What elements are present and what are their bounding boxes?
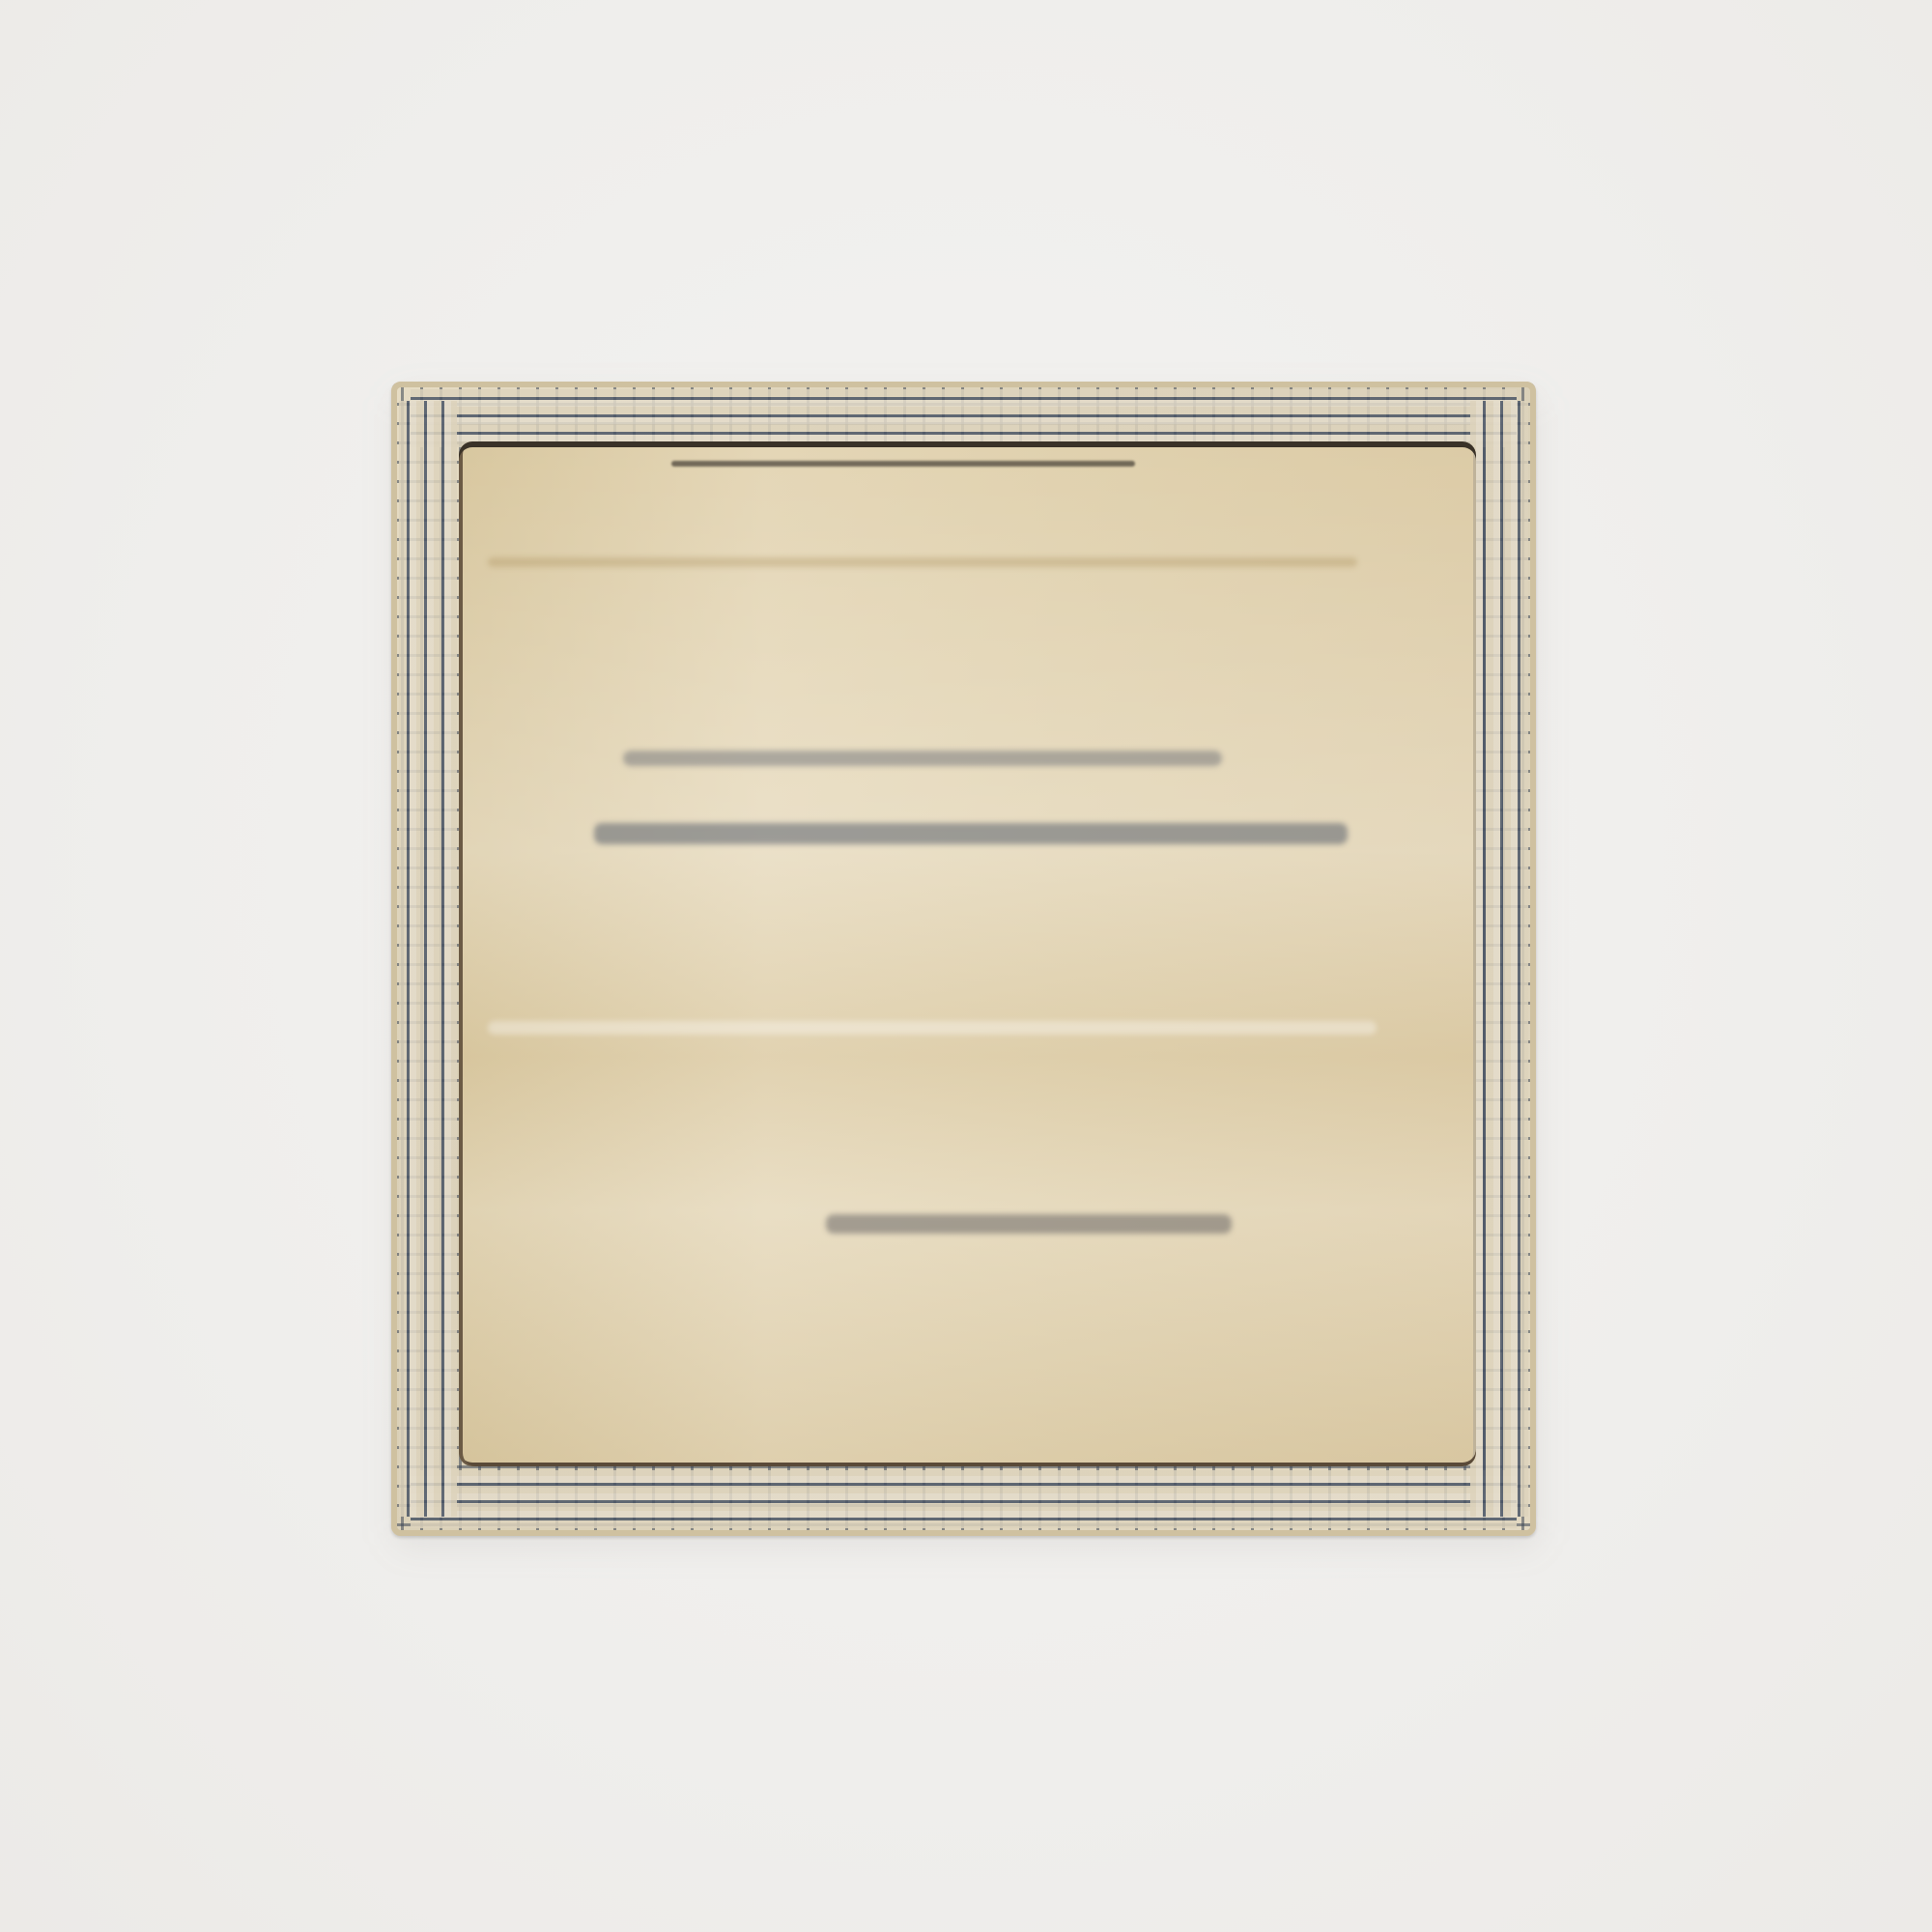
glaze-streak: [594, 823, 1348, 844]
glaze-streak: [488, 557, 1357, 567]
glaze-streak: [826, 1214, 1232, 1234]
glaze-streak: [671, 461, 1135, 467]
glaze-streak: [488, 1021, 1377, 1035]
glaze-streak: [623, 751, 1222, 766]
plate-well: [459, 441, 1476, 1466]
ceramic-plate: [391, 382, 1536, 1536]
